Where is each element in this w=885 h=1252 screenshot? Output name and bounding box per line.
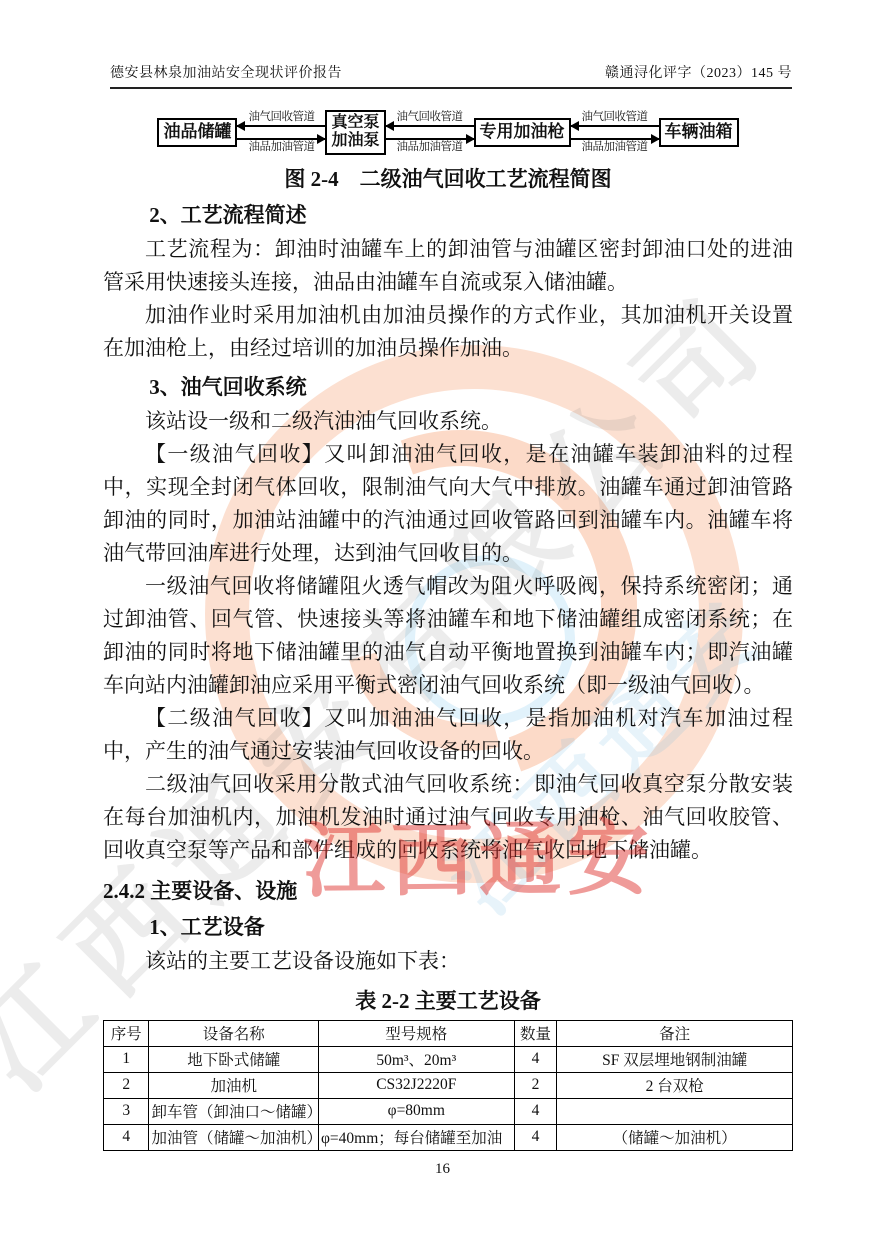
table-header-cell: 型号规格 [318,1020,514,1046]
table-header-cell: 序号 [104,1020,149,1046]
page-header: 德安县林泉加油站安全现状评价报告 赣通浔化评字（2023）145 号 [110,62,792,89]
fuel-pipe-label: 油品加油管道 [237,141,325,154]
page-body: 油品储罐 油气回收管道 油品加油管道 真空泵 加油泵 油气回收管道 油品加油管道 [103,100,793,1151]
table-cell: 4 [514,1124,557,1150]
heading-main-equipment: 2.4.2 主要设备、设施 [103,875,793,905]
flow-node-label: 车辆油箱 [665,122,733,141]
heading-process-equipment: 1、工艺设备 [103,911,793,941]
paragraph: 工艺流程为：卸油时油罐车上的卸油管与油罐区密封卸油口处的进油管采用快速接头连接，… [103,233,793,299]
table-cell: 2 [104,1072,149,1098]
table-caption: 表 2-2 主要工艺设备 [103,985,793,1015]
vapor-recovery-arrow [386,125,474,127]
figure-caption: 图 2-4 二级油气回收工艺流程简图 [103,163,793,193]
paragraph: 二级油气回收采用分散式油气回收系统：即油气回收真空泵分散安装在每台加油机内，加油… [103,768,793,867]
flow-connector-3: 油气回收管道 油品加油管道 [571,111,659,154]
flow-node-label: 加油泵 [331,132,379,150]
table-cell: 4 [514,1098,557,1124]
table-row: 2 加油机 CS32J2220F 2 2 台双枪 [104,1072,793,1098]
table-cell: （储罐～加油机） [557,1124,793,1150]
fuel-pipe-arrow [386,138,474,140]
table-cell: SF 双层埋地钢制油罐 [557,1046,793,1072]
flow-diagram: 油品储罐 油气回收管道 油品加油管道 真空泵 加油泵 油气回收管道 油品加油管道 [103,110,793,155]
paragraph: 该站设一级和二级汽油油气回收系统。 [103,405,793,438]
fuel-pipe-label: 油品加油管道 [571,141,659,154]
table-row: 1 地下卧式储罐 50m³、20m³ 4 SF 双层埋地钢制油罐 [104,1046,793,1072]
vapor-recovery-arrow [237,125,325,127]
paragraph: 加油作业时采用加油机由加油员操作的方式作业，其加油机开关设置在加油枪上，由经过培… [103,299,793,365]
flow-node-vacuum-pump: 真空泵 加油泵 [325,110,385,155]
table-cell: 地下卧式储罐 [149,1046,318,1072]
document-page: 江西通安有限公司 江西通安 江西通安 德安县林泉加油站安全现状评价报告 赣通浔化… [0,0,885,1252]
heading-process-description: 2、工艺流程简述 [103,199,793,229]
table-cell [557,1098,793,1124]
table-cell: 3 [104,1098,149,1124]
table-cell: φ=80mm [318,1098,514,1124]
flow-connector-2: 油气回收管道 油品加油管道 [386,111,474,154]
table-header-row: 序号 设备名称 型号规格 数量 备注 [104,1020,793,1046]
heading-vapor-recovery-system: 3、油气回收系统 [103,371,793,401]
table-cell: 加油机 [149,1072,318,1098]
header-report-title: 德安县林泉加油站安全现状评价报告 [110,62,342,82]
fuel-pipe-label: 油品加油管道 [386,141,474,154]
table-row: 4 加油管（储罐～加油机） φ=40mm；每台储罐至加油 4 （储罐～加油机） [104,1124,793,1150]
table-cell: 1 [104,1046,149,1072]
table-cell: 2 台双枪 [557,1072,793,1098]
flow-node-fuel-nozzle: 专用加油枪 [474,118,571,146]
flow-node-vehicle-tank: 车辆油箱 [659,118,739,146]
table-cell: 2 [514,1072,557,1098]
vapor-pipe-label: 油气回收管道 [386,111,474,124]
page-number: 16 [0,1161,885,1178]
vapor-recovery-arrow [571,125,659,127]
table-cell: CS32J2220F [318,1072,514,1098]
table-cell: 卸车管（卸油口～储罐） [149,1098,318,1124]
table-cell: 4 [514,1046,557,1072]
fuel-pipe-arrow [237,138,325,140]
paragraph: 【二级油气回收】又叫加油油气回收，是指加油机对汽车加油过程中，产生的油气通过安装… [103,702,793,768]
table-cell: φ=40mm；每台储罐至加油 [318,1124,514,1150]
table-header-cell: 备注 [557,1020,793,1046]
table-cell: 50m³、20m³ [318,1046,514,1072]
flow-node-label: 真空泵 [331,114,379,132]
paragraph: 【一级油气回收】又叫卸油油气回收，是在油罐车装卸油料的过程中，实现全封闭气体回收… [103,438,793,570]
flow-node-label: 专用加油枪 [480,122,565,141]
paragraph: 该站的主要工艺设备设施如下表： [103,945,793,978]
paragraph: 一级油气回收将储罐阻火透气帽改为阻火呼吸阀，保持系统密闭；通过卸油管、回气管、快… [103,570,793,702]
vapor-pipe-label: 油气回收管道 [237,111,325,124]
table-header-cell: 设备名称 [149,1020,318,1046]
equipment-table: 序号 设备名称 型号规格 数量 备注 1 地下卧式储罐 50m³、20m³ 4 … [103,1020,793,1151]
flow-node-label: 油品储罐 [163,122,231,141]
header-document-number: 赣通浔化评字（2023）145 号 [605,62,792,82]
table-cell: 4 [104,1124,149,1150]
table-cell: 加油管（储罐～加油机） [149,1124,318,1150]
vapor-pipe-label: 油气回收管道 [571,111,659,124]
fuel-pipe-arrow [571,138,659,140]
flow-node-oil-storage-tank: 油品储罐 [157,118,237,146]
table-header-cell: 数量 [514,1020,557,1046]
table-row: 3 卸车管（卸油口～储罐） φ=80mm 4 [104,1098,793,1124]
flow-connector-1: 油气回收管道 油品加油管道 [237,111,325,154]
